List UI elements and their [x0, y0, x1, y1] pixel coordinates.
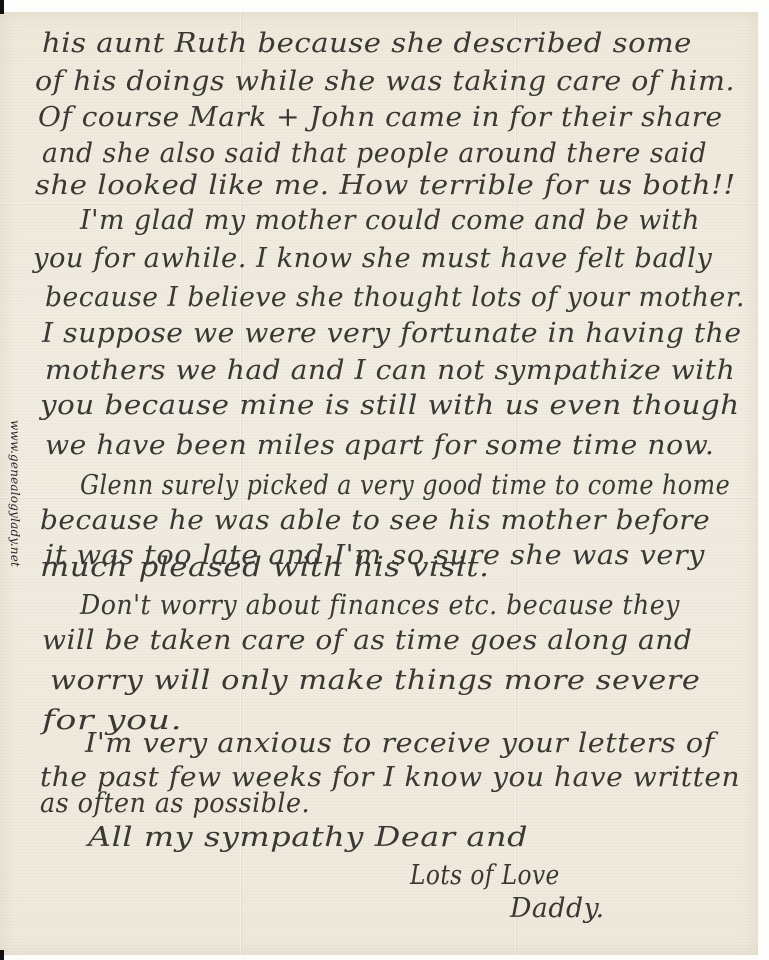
letter-line: his aunt Ruth because she described some	[42, 28, 692, 59]
letter-line: Glenn surely picked a very good time to …	[80, 470, 730, 501]
scanned-letter-page: www.genealogylady.net his aunt Ruth beca…	[0, 0, 769, 960]
letter-line: Of course Mark + John came in for their …	[38, 102, 723, 133]
letter-signoff: Lots of Love	[410, 860, 560, 891]
letter-line: mothers we had and I can not sympathize …	[45, 355, 735, 386]
letter-line: because he was able to see his mother be…	[40, 505, 710, 536]
letter-line: worry will only make things more severe	[50, 665, 700, 696]
letter-line: we have been miles apart for some time n…	[45, 430, 714, 461]
scan-edge-marker	[0, 0, 4, 14]
letter-line: will be taken care of as time goes along…	[42, 625, 692, 656]
letter-line: Don't worry about finances etc. because …	[80, 590, 680, 621]
scan-edge-marker	[0, 950, 4, 960]
letter-line: because I believe she thought lots of yo…	[45, 282, 745, 313]
letter-line: as often as possible.	[40, 788, 310, 819]
letter-line: I suppose we were very fortunate in havi…	[42, 318, 742, 349]
letter-closing: All my sympathy Dear and	[88, 822, 528, 853]
letter-line: I'm very anxious to receive your letters…	[85, 728, 715, 759]
letter-line: I'm glad my mother could come and be wit…	[80, 205, 700, 236]
letter-line: she looked like me. How terrible for us …	[35, 170, 736, 201]
letter-line: of his doings while she was taking care …	[35, 66, 735, 97]
letter-line: and she also said that people around the…	[42, 138, 707, 169]
letter-line: much pleased with his visit.	[40, 552, 489, 583]
letter-line: you for awhile. I know she must have fel…	[33, 243, 712, 274]
watermark: www.genealogylady.net	[4, 420, 26, 580]
letter-signature: Daddy.	[510, 893, 605, 924]
letter-line: you because mine is still with us even t…	[40, 390, 740, 421]
